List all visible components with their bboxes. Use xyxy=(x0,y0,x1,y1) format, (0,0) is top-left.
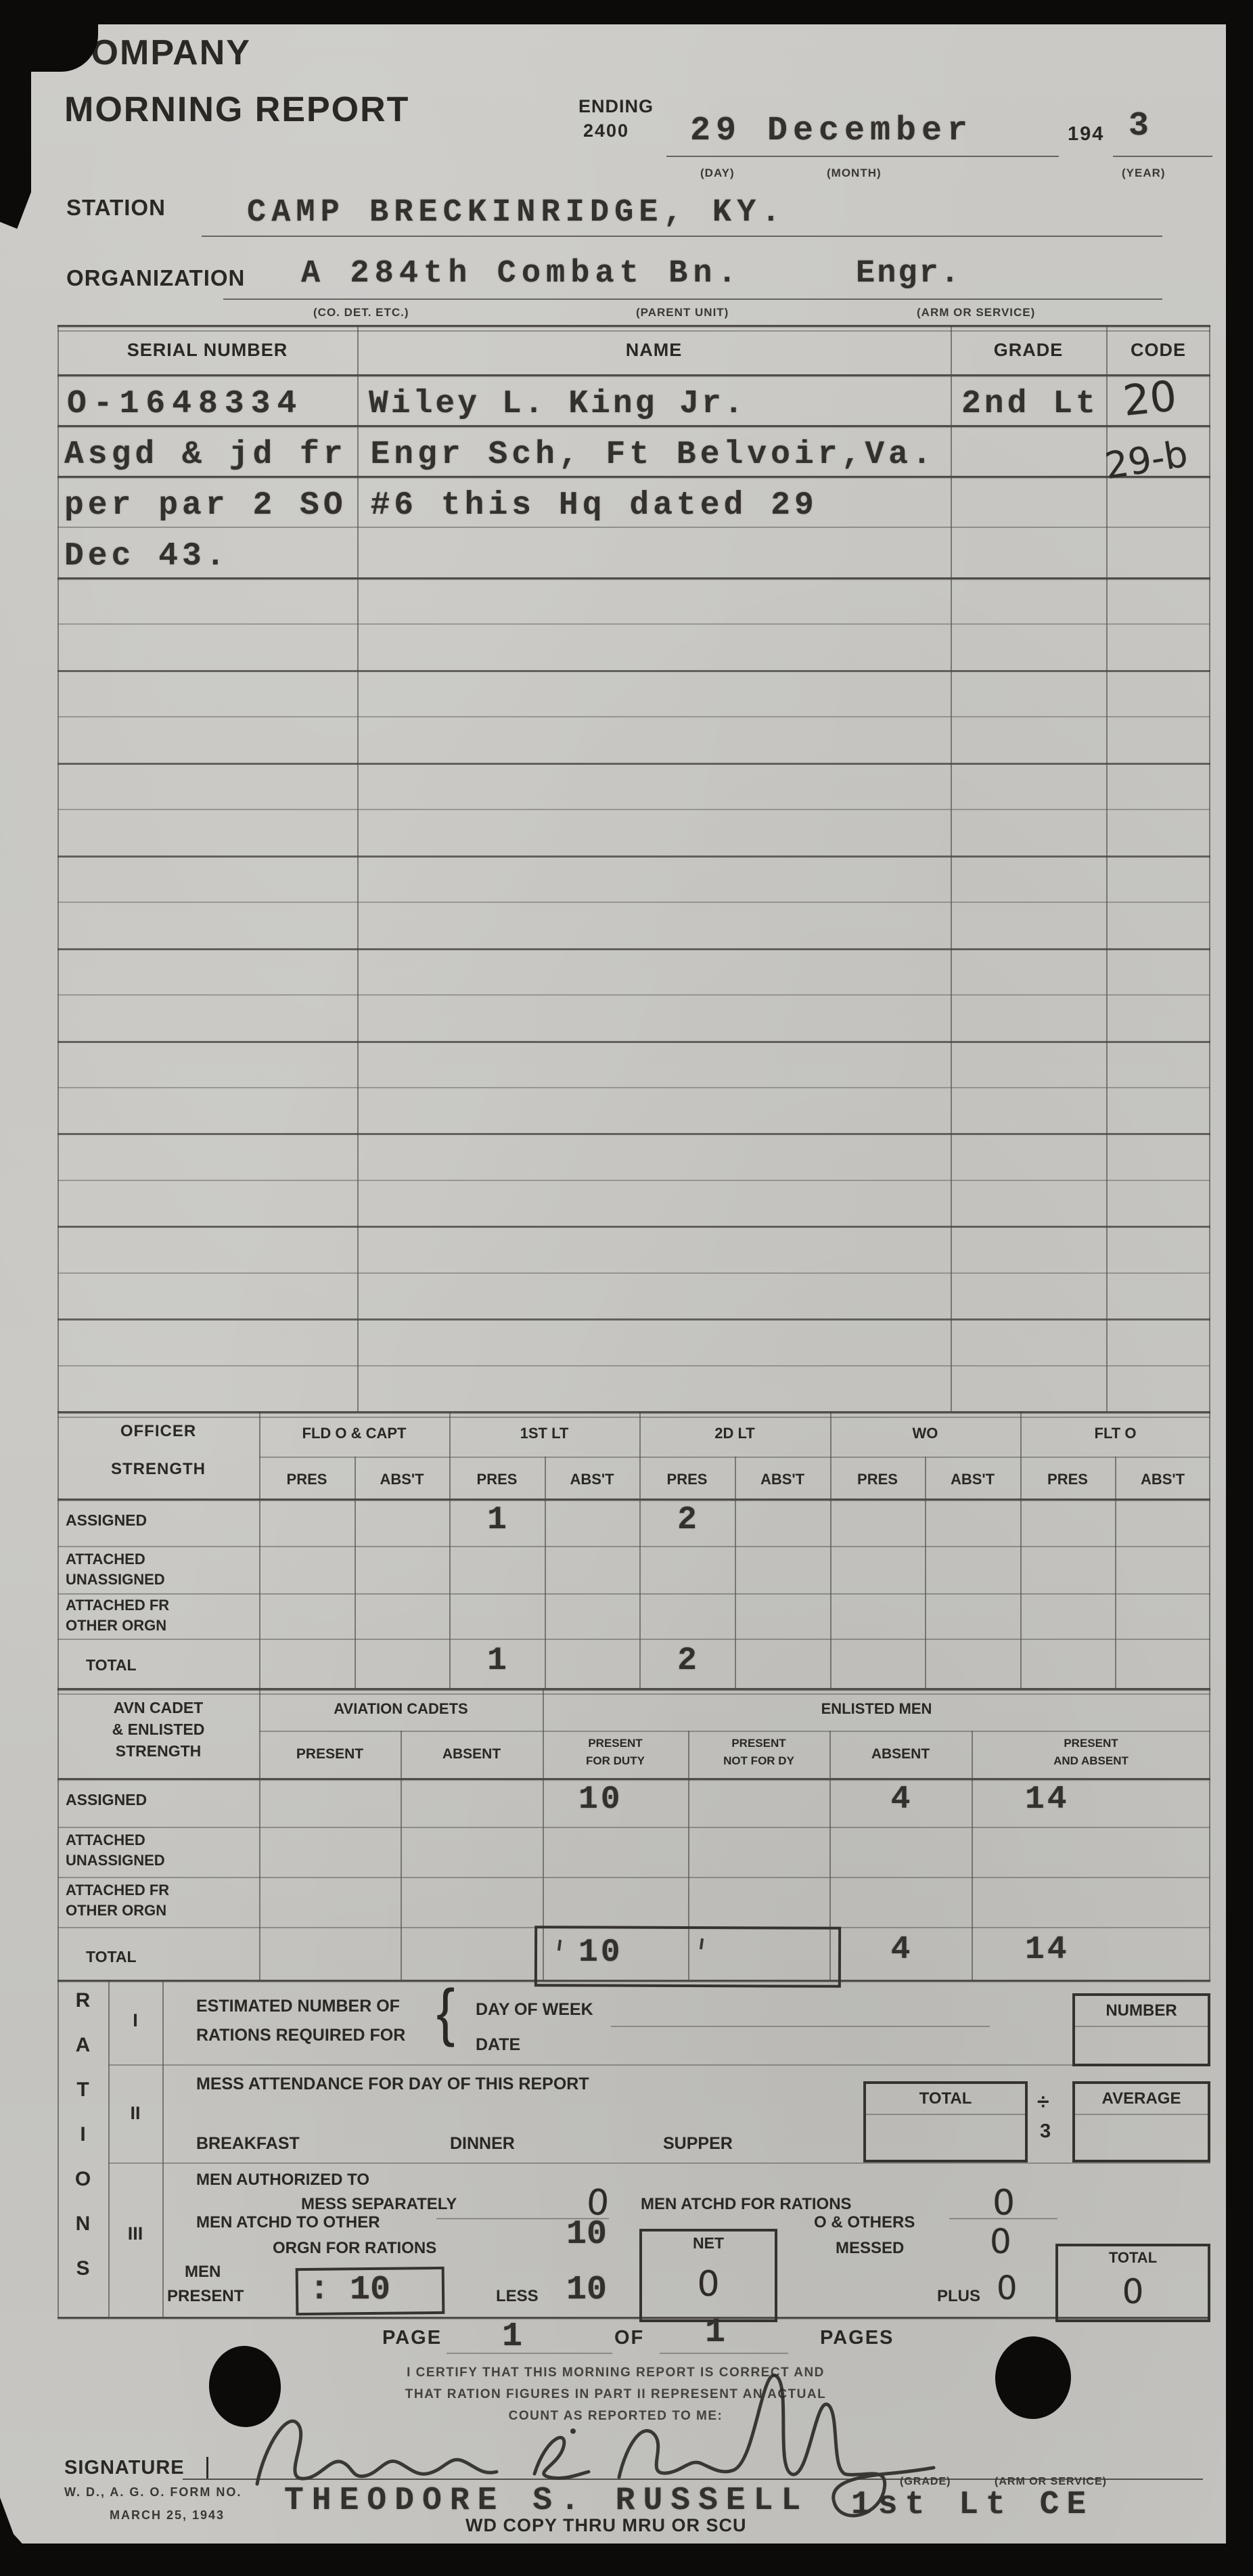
rations-letter: O xyxy=(58,2168,108,2191)
rations-total-value-handwritten: 0 xyxy=(1058,2272,1208,2311)
enlisted-sub-present: PRESENT xyxy=(259,1746,401,1762)
roster-blank-line xyxy=(58,716,1210,717)
rule xyxy=(1115,1457,1116,1688)
arm-service-value: Engr. xyxy=(856,256,961,292)
rule xyxy=(58,1411,1210,1413)
officer-title-line2: STRENGTH xyxy=(58,1460,259,1479)
rations-letter: S xyxy=(58,2257,108,2280)
typed-grade-arm: 1st Lt CE xyxy=(851,2487,1093,2523)
roster-blank-line xyxy=(58,1041,1210,1043)
rule xyxy=(1075,2114,1208,2115)
roster-blank-line xyxy=(58,856,1210,858)
enlisted-title-line1: AVN CADET xyxy=(58,1699,259,1717)
o-and-others-line1: O & OTHERS xyxy=(814,2213,915,2232)
officer-sub-pres: PRES xyxy=(259,1471,355,1488)
rule xyxy=(972,1731,973,1980)
rule xyxy=(1020,1411,1022,1688)
roster-blank-line xyxy=(58,1226,1210,1228)
officer-strength-table: OFFICER STRENGTH FLD O & CAPT 1ST LT 2D … xyxy=(58,1411,1210,1688)
atchd-other-value-typed: 10 xyxy=(566,2215,607,2254)
station-label: STATION xyxy=(66,195,166,221)
signature-label-tick xyxy=(206,2457,208,2479)
number-box-label: NUMBER xyxy=(1075,2001,1208,2020)
officer-sub-abst: ABS'T xyxy=(355,1471,449,1488)
roster-blank-line xyxy=(58,1365,1210,1367)
station-value: CAMP BRECKINRIDGE, KY. xyxy=(247,195,786,231)
co-det-caption: (CO. DET. ETC.) xyxy=(313,306,409,319)
scan-edge-right xyxy=(1226,0,1253,2576)
rule xyxy=(735,1457,736,1688)
rule xyxy=(58,1778,1210,1780)
men-present-line2: PRESENT xyxy=(167,2287,244,2306)
rule xyxy=(866,2114,1025,2115)
enlisted-sub-pnfd-line2: NOT FOR DY xyxy=(688,1754,829,1768)
rule xyxy=(58,1688,1210,1690)
roster-blank-line xyxy=(58,1180,1210,1181)
officer-group-2d-lt: 2D LT xyxy=(639,1425,830,1442)
officer-row-assigned: ASSIGNED xyxy=(66,1511,147,1530)
report-date-value: 29 December xyxy=(690,112,973,150)
rations-letter: N xyxy=(58,2213,108,2236)
wd-copy-label: WD COPY THRU MRU OR SCU xyxy=(465,2515,747,2536)
enlisted-title-line3: STRENGTH xyxy=(58,1742,259,1760)
form-number-line2: MARCH 25, 1943 xyxy=(110,2508,225,2523)
enlisted-title-line2: & ENLISTED xyxy=(58,1720,259,1739)
rations-part1-numeral: I xyxy=(108,2010,162,2031)
plus-value-handwritten: 0 xyxy=(997,2269,1018,2307)
form-number-line1: W. D., A. G. O. FORM NO. xyxy=(64,2485,242,2500)
enlisted-total-absent: 4 xyxy=(829,1932,972,1968)
men-atchd-other-line1: MEN ATCHD TO OTHER xyxy=(196,2213,380,2232)
scan-corner-top-left xyxy=(0,0,98,72)
arm-or-service-caption: (ARM OR SERVICE) xyxy=(917,306,1035,319)
officer-sub-pres: PRES xyxy=(449,1471,545,1488)
rule xyxy=(108,2064,1210,2066)
pages-label: PAGES xyxy=(820,2327,894,2349)
men-atchd-rations-label: MEN ATCHD FOR RATIONS xyxy=(641,2195,852,2214)
form-title-line2: MORNING REPORT xyxy=(64,89,409,130)
men-authorized-line1: MEN AUTHORIZED TO xyxy=(196,2171,369,2190)
men-atchd-rations-value-handwritten: 0 xyxy=(993,2183,1015,2223)
officer-row-attached-fr-line1: ATTACHED FR xyxy=(66,1597,169,1614)
organization-value: A 284th Combat Bn. xyxy=(301,256,742,292)
rule xyxy=(259,1731,1210,1732)
rule xyxy=(355,1457,356,1688)
rule xyxy=(58,1639,1210,1640)
rations-total-box-label: TOTAL xyxy=(1058,2249,1208,2267)
rule xyxy=(611,2026,990,2027)
plus-label: PLUS xyxy=(937,2287,980,2306)
net-box-label: NET xyxy=(642,2234,775,2252)
ending-time: 2400 xyxy=(583,120,629,141)
enlisted-row-total: TOTAL xyxy=(86,1948,137,1966)
officer-group-wo: WO xyxy=(830,1425,1020,1442)
organization-label: ORGANIZATION xyxy=(66,265,245,291)
men-atchd-other-line2: ORGN FOR RATIONS xyxy=(273,2239,436,2258)
rations-part2-numeral: II xyxy=(108,2103,162,2124)
roster-table: SERIAL NUMBER NAME GRADE CODE O-1648334 … xyxy=(58,325,1210,1411)
roster-blank-line xyxy=(58,1133,1210,1135)
roster-blank-line xyxy=(58,948,1210,950)
men-authorized-line2: MESS SEPARATELY xyxy=(301,2195,457,2214)
o-and-others-line2: MESSED xyxy=(836,2239,904,2258)
officer-row-attached-line1: ATTACHED xyxy=(66,1551,145,1568)
enlisted-total-pfd: 10 xyxy=(578,1934,623,1971)
enlisted-group-cadets: AVIATION CADETS xyxy=(259,1700,543,1718)
officer-row-attached-line2: UNASSIGNED xyxy=(66,1571,165,1589)
officer-group-1st-lt: 1ST LT xyxy=(449,1425,639,1442)
rule xyxy=(58,1693,1210,1695)
rule xyxy=(401,1731,402,1980)
rations-section: R A T I O N S I II III ESTIMATED NUMBER … xyxy=(58,1980,1210,2319)
roster-blank-line xyxy=(58,763,1210,765)
officer-row-total: TOTAL xyxy=(86,1656,137,1674)
net-box: NET 0 xyxy=(639,2229,777,2322)
page-label: PAGE xyxy=(382,2327,442,2349)
officer-sub-abst: ABS'T xyxy=(925,1471,1020,1488)
rule xyxy=(58,2317,1210,2319)
year-prefix: 194 xyxy=(1068,123,1104,146)
net-value-handwritten: 0 xyxy=(642,2264,775,2305)
roster-blank-rows xyxy=(58,325,1210,1411)
average-box-label: AVERAGE xyxy=(1075,2089,1208,2108)
rule xyxy=(58,1411,59,1688)
less-value-typed: 10 xyxy=(566,2271,607,2309)
men-present-value-typed: : 10 xyxy=(309,2271,390,2309)
roster-blank-line xyxy=(58,994,1210,996)
signature-label: SIGNATURE xyxy=(64,2457,185,2479)
o-and-others-value-handwritten: 0 xyxy=(990,2222,1011,2261)
rations-letter: A xyxy=(58,2034,108,2057)
average-box: AVERAGE xyxy=(1072,2081,1210,2162)
rations-letter: R xyxy=(58,1989,108,2012)
rule xyxy=(1209,1411,1210,1688)
day-caption: (DAY) xyxy=(700,166,735,180)
date-label: DATE xyxy=(476,2035,520,2055)
officer-sub-pres: PRES xyxy=(639,1471,735,1488)
month-caption: (MONTH) xyxy=(827,166,882,180)
typed-signature-name: THEODORE S. RUSSELL xyxy=(284,2483,808,2519)
officer-total-1lt-pres: 1 xyxy=(449,1643,545,1679)
enlisted-total-pa: 14 xyxy=(1025,1932,1070,1968)
enlisted-row-attached-line1: ATTACHED xyxy=(66,1831,145,1849)
year-underline xyxy=(1113,156,1212,157)
parent-unit-caption: (PARENT UNIT) xyxy=(636,306,729,319)
officer-assigned-1lt-pres: 1 xyxy=(449,1502,545,1538)
year-caption: (YEAR) xyxy=(1122,166,1166,180)
officer-sub-abst: ABS'T xyxy=(545,1471,639,1488)
rule xyxy=(58,1877,1210,1878)
rule xyxy=(1075,2026,1208,2027)
enlisted-assigned-pfd: 10 xyxy=(578,1781,623,1818)
roster-blank-line xyxy=(58,623,1210,625)
officer-group-flt-o: FLT O xyxy=(1020,1425,1210,1442)
day-of-week-label: DAY OF WEEK xyxy=(476,2000,593,2020)
roster-blank-line xyxy=(58,670,1210,672)
officer-sub-abst: ABS'T xyxy=(1115,1471,1210,1488)
enlisted-sub-pfd-line2: FOR DUTY xyxy=(543,1754,688,1768)
rule xyxy=(58,1593,1210,1595)
enlisted-sub-absent2: ABSENT xyxy=(829,1746,972,1762)
supper-label: SUPPER xyxy=(663,2134,733,2154)
enlisted-row-attached-fr-line2: OTHER ORGN xyxy=(66,1902,166,1919)
estimated-rations-line1: ESTIMATED NUMBER OF xyxy=(196,1997,400,2016)
officer-sub-pres: PRES xyxy=(1020,1471,1115,1488)
of-label: OF xyxy=(614,2327,644,2349)
year-digit-value: 3 xyxy=(1129,107,1149,146)
officer-group-fldo-capt: FLD O & CAPT xyxy=(259,1425,449,1442)
enlisted-sub-pa-line2: AND ABSENT xyxy=(972,1754,1210,1768)
less-label: LESS xyxy=(496,2287,539,2306)
scanned-morning-report: COMPANY MORNING REPORT ENDING 2400 29 De… xyxy=(0,0,1253,2576)
men-present-line1: MEN xyxy=(185,2263,221,2282)
date-underline xyxy=(666,156,1059,157)
rule xyxy=(830,1411,831,1688)
dinner-label: DINNER xyxy=(450,2134,515,2154)
enlisted-sub-pa-line1: PRESENT xyxy=(972,1737,1210,1750)
rations-total-box: TOTAL 0 xyxy=(1055,2244,1210,2322)
enlisted-sub-pfd-line1: PRESENT xyxy=(543,1737,688,1750)
roster-blank-line xyxy=(58,1318,1210,1320)
scan-edge-top xyxy=(0,0,1253,24)
number-box: NUMBER xyxy=(1072,1993,1210,2066)
rule xyxy=(259,1457,1210,1458)
rule xyxy=(58,1417,1210,1418)
organization-underline xyxy=(223,298,1162,300)
officer-row-attached-fr-line2: OTHER ORGN xyxy=(66,1617,166,1635)
officer-assigned-2lt-pres: 2 xyxy=(639,1502,735,1538)
rule xyxy=(108,2162,1210,2164)
brace-glyph: { xyxy=(436,1976,455,2049)
rule xyxy=(162,1980,164,2319)
rule xyxy=(545,1457,546,1688)
breakfast-label: BREAKFAST xyxy=(196,2134,300,2154)
scan-edge-bottom xyxy=(0,2544,1253,2576)
pages-count-value: 1 xyxy=(705,2313,725,2352)
rations-part3-numeral: III xyxy=(108,2223,162,2244)
officer-sub-pres: PRES xyxy=(830,1471,925,1488)
rations-letter: I xyxy=(58,2123,108,2146)
officer-sub-abst: ABS'T xyxy=(735,1471,830,1488)
roster-blank-line xyxy=(58,1087,1210,1088)
divide-sign: ÷ xyxy=(1037,2089,1049,2114)
roster-blank-line xyxy=(58,902,1210,903)
enlisted-sub-pnfd-line1: PRESENT xyxy=(688,1737,829,1750)
enlisted-assigned-absent: 4 xyxy=(829,1781,972,1818)
rule xyxy=(259,1411,260,1688)
enlisted-row-attached-line2: UNASSIGNED xyxy=(66,1852,165,1869)
mess-total-box-label: TOTAL xyxy=(866,2089,1025,2108)
roster-blank-line xyxy=(58,809,1210,810)
station-underline xyxy=(202,236,1162,237)
roster-blank-line xyxy=(58,1272,1210,1274)
ending-label: ENDING xyxy=(578,96,654,117)
enlisted-row-assigned: ASSIGNED xyxy=(66,1791,147,1809)
enlisted-assigned-pa: 14 xyxy=(1025,1781,1070,1818)
rations-letter: T xyxy=(58,2079,108,2102)
rule xyxy=(58,1827,1210,1828)
officer-total-2lt-pres: 2 xyxy=(639,1643,735,1679)
estimated-rations-line2: RATIONS REQUIRED FOR xyxy=(196,2026,405,2045)
mess-total-box: TOTAL xyxy=(863,2081,1028,2162)
rule xyxy=(925,1457,926,1688)
enlisted-strength-table: AVN CADET & ENLISTED STRENGTH AVIATION C… xyxy=(58,1688,1210,1980)
enlisted-sub-absent: ABSENT xyxy=(401,1746,543,1762)
enlisted-group-enlisted-men: ENLISTED MEN xyxy=(543,1700,1210,1718)
rule xyxy=(58,1546,1210,1547)
rule xyxy=(58,1498,1210,1501)
enlisted-row-attached-fr-line1: ATTACHED FR xyxy=(66,1882,169,1899)
officer-title-line1: OFFICER xyxy=(58,1422,259,1441)
divide-by-three: 3 xyxy=(1040,2120,1051,2143)
mess-attendance-label: MESS ATTENDANCE FOR DAY OF THIS REPORT xyxy=(196,2074,589,2094)
